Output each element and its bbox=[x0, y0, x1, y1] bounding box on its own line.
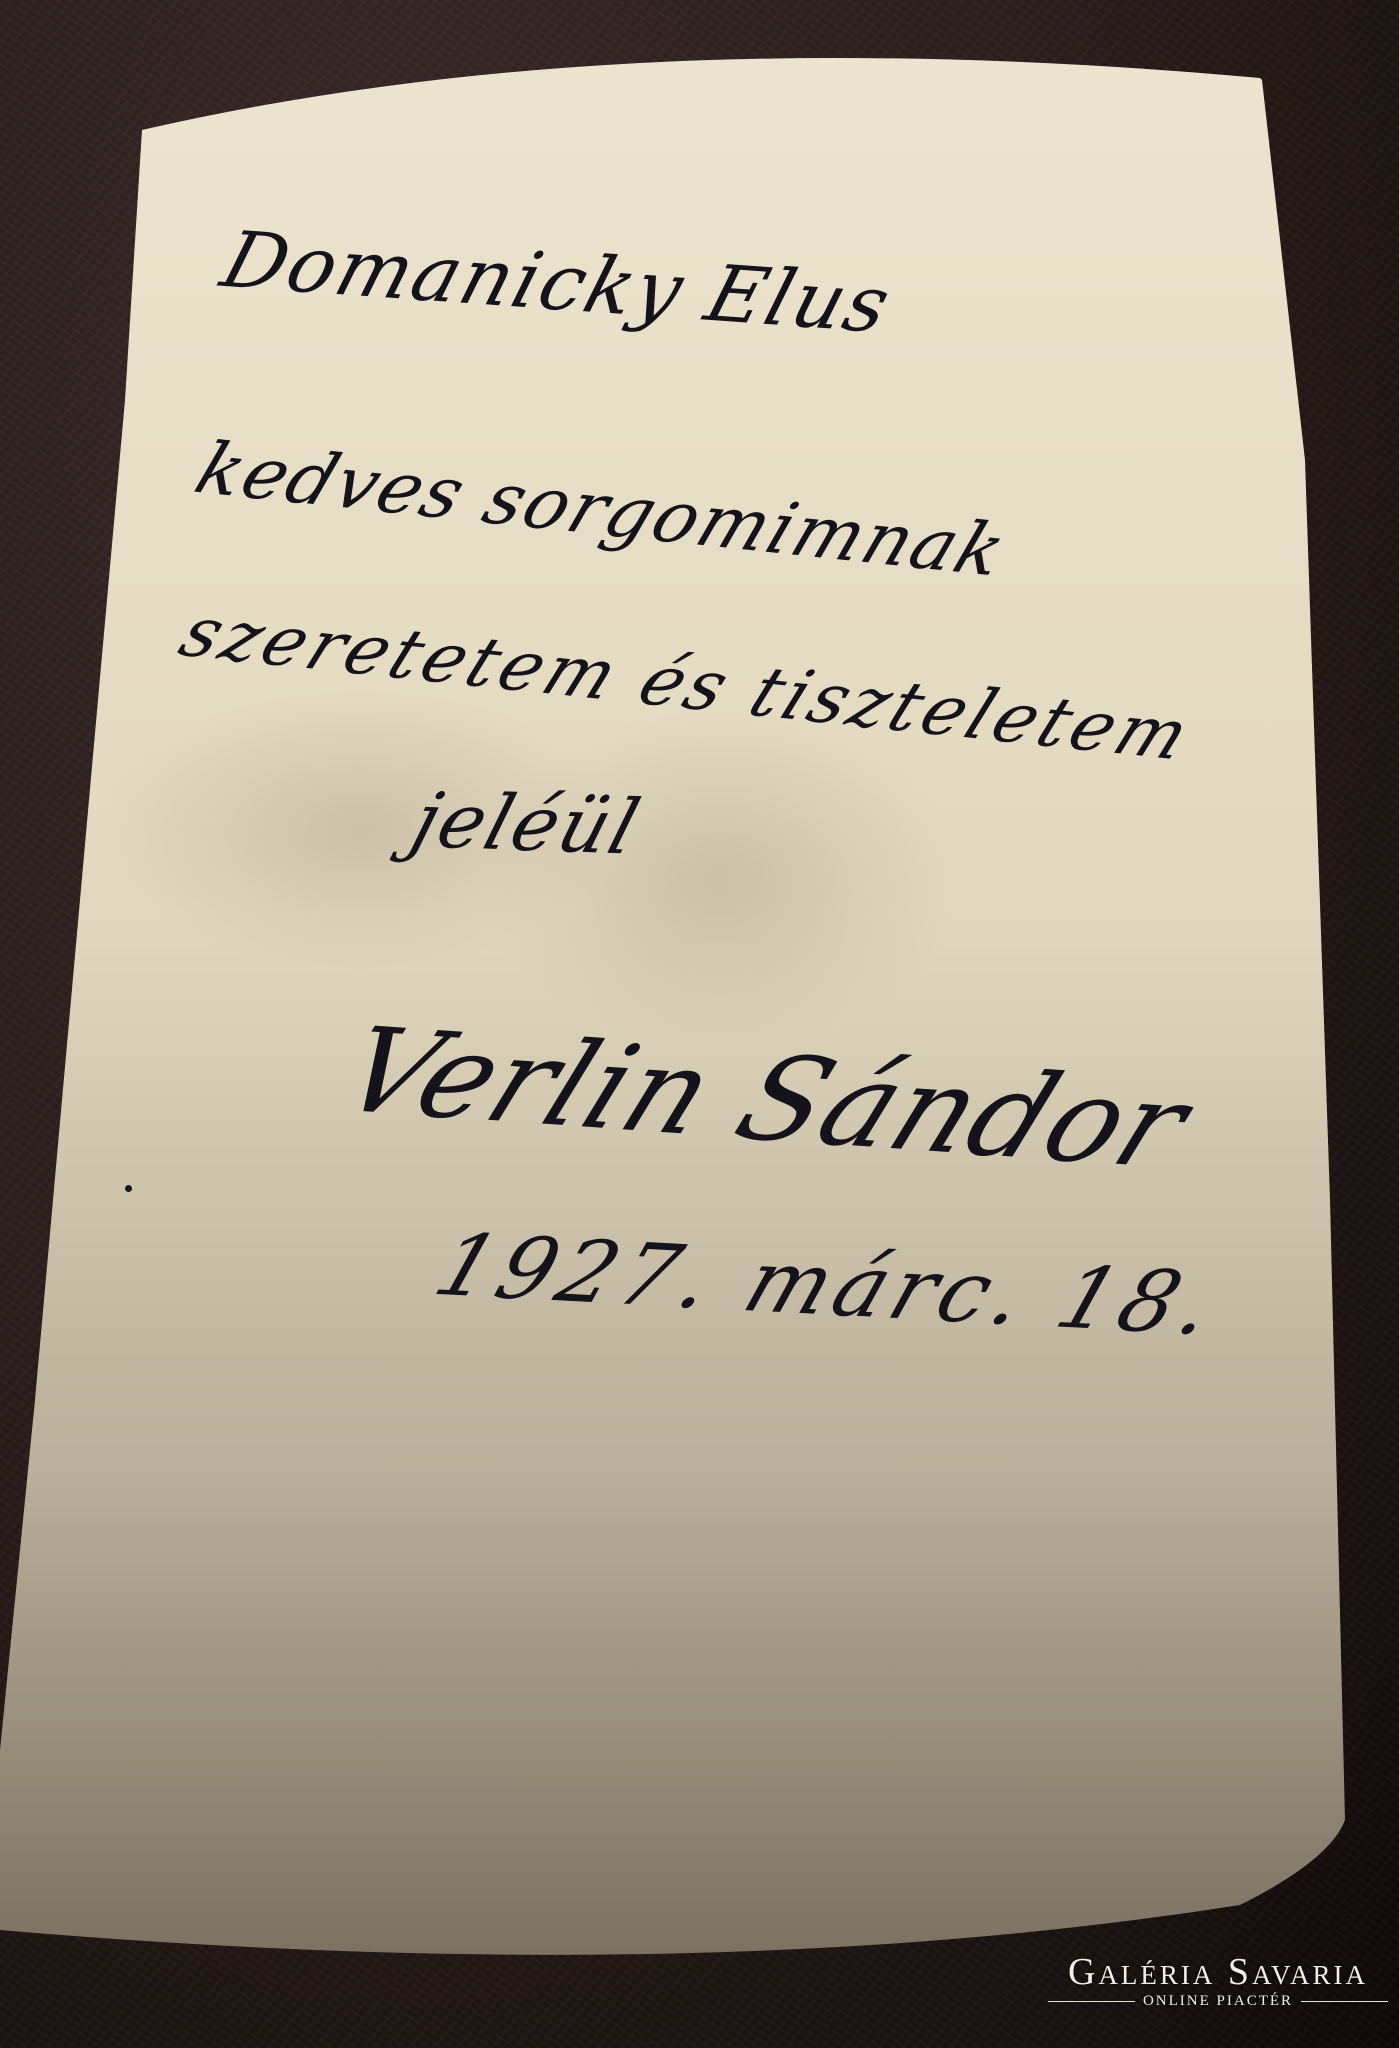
dedication-line-4: jeléül bbox=[402, 775, 650, 871]
watermark-subtitle: ONLINE PIACTÉR bbox=[1143, 1992, 1293, 2010]
photo-card-back: Domanicky Elus kedves sorgomimnak szeret… bbox=[0, 0, 1399, 2048]
ink-dot bbox=[125, 1185, 132, 1192]
gallery-watermark: Galéria Savaria ONLINE PIACTÉR bbox=[1048, 1952, 1388, 2010]
watermark-title: Galéria Savaria bbox=[1048, 1952, 1388, 1992]
watermark-subtitle-row: ONLINE PIACTÉR bbox=[1048, 1992, 1388, 2010]
watermark-rule-right bbox=[1301, 2001, 1388, 2002]
watermark-rule-left bbox=[1048, 2001, 1135, 2002]
